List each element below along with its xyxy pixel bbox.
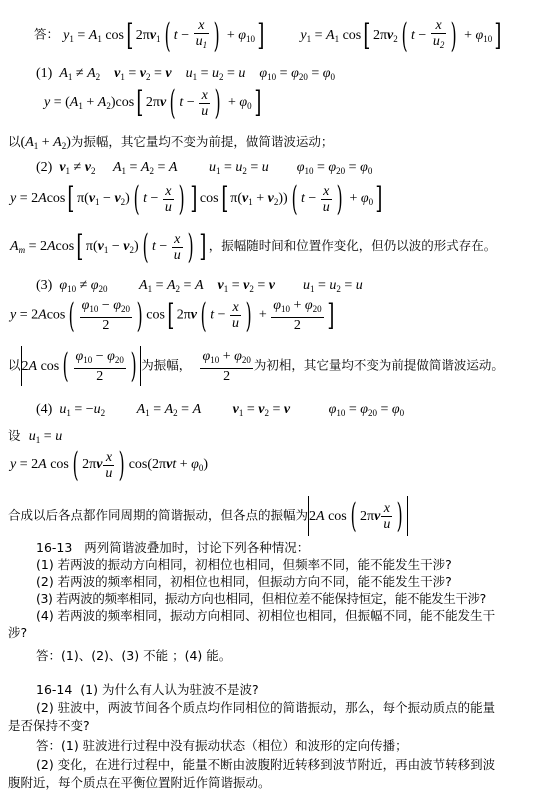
- case4-assumption: 设 u1 = u: [8, 428, 62, 448]
- case4-conditions: (4) u1 = −u2 A1 = A2 = A ν1 = ν2 = ν φ10…: [36, 402, 404, 421]
- question-16-13-title: 16-13 两列简谐波叠加时，讨论下列各种情况：: [36, 540, 309, 556]
- case2-result-equation: y = 2Acos[π(ν1 − ν2)(t − xu)]cos[π(ν1 + …: [10, 182, 385, 226]
- equation-y1-second: y1 = A1 cos[2πν2(t − xu2) + φ10]: [300, 28, 504, 43]
- equation-y1-first: y1 = A1 cos[2πν1(t − xu1) + φ10]: [63, 28, 270, 43]
- question-16-13-item-1: (1) 若两波的振动方向相同，初相位也相同，但频率不同，能不能发生干涉?: [36, 557, 452, 573]
- question-16-13-item-4-cont: 涉?: [8, 625, 27, 641]
- question-16-13-item-4: (4) 若两波的频率相同，振动方向相同、初相位也相同，但振幅不同，能不能发生干: [36, 608, 495, 624]
- case3-result-equation: y = 2Acos(φ10 − φ202)cos[2πν(t − xu) + φ…: [10, 298, 336, 342]
- case1-explanation: 以(A1 + A2)为振幅，其它量均不变为前提，做简谐波运动；: [8, 134, 333, 154]
- initial-equations: 答： y1 = A1 cos[2πν1(t − xu1) + φ10] y1 =…: [34, 18, 504, 58]
- case2-amplitude-equation: Am = 2Acos[π(ν1 − ν2)(t − xu)]，振幅随时间和位置作…: [10, 230, 496, 274]
- question-16-13-answer: 答：(1)、(2)、(3) 不能 ；(4) 能。: [36, 648, 231, 664]
- question-16-13-item-3: (3) 若两波的频率相同，振动方向也相同，但相位差不能保持恒定，能不能发生干涉?: [36, 591, 486, 607]
- question-16-14-answer-2: (2) 变化，在进行过程中，能量不断由波腹附近转移到波节附近，再由波节转移到波: [36, 757, 495, 773]
- question-16-13-item-2: (2) 若两波的频率相同，初相位也相同，但振动方向不同，能不能发生干涉?: [36, 574, 452, 590]
- case3-conditions: (3) φ10 ≠ φ20 A1 = A2 = A ν1 = ν2 = ν u1…: [36, 278, 363, 297]
- case1-conditions: (1) A1 ≠ A2 ν1 = ν2 = ν u1 = u2 = u φ10 …: [36, 66, 335, 85]
- question-16-14-answer-2-cont: 腹附近，每个质点在平衡位置附近作简谐振动。: [8, 775, 271, 791]
- case4-result-equation: y = 2A cos(2πνxu)cos(2πνt + φ0): [10, 448, 208, 492]
- question-16-14-answer-1: 答：(1) 驻波进行过程中没有振动状态（相位）和波形的定向传播；: [36, 738, 408, 754]
- question-16-14-item-2: (2) 驻波中，两波节间各个质点均作同相位的简谐振动，那么，每个振动质点的能量: [36, 700, 495, 716]
- case2-conditions: (2) ν1 ≠ ν2 A1 = A2 = A u1 = u2 = u φ10 …: [36, 160, 372, 179]
- case1-result-equation: y = (A1 + A2)cos[2πν(t − xu) + φ0]: [44, 86, 263, 130]
- question-16-14-item-2-cont: 是否保持不变?: [8, 718, 90, 734]
- case3-explanation: 以2A cos(φ10 − φ202)为振幅， φ10 + φ202为初相，其它…: [8, 346, 504, 390]
- question-16-14-title: 16-14 (1) 为什么有人认为驻波不是波?: [36, 682, 259, 698]
- answer-label: 答：: [34, 27, 59, 42]
- case4-explanation: 合成以后各点都作同周期的简谐振动，但各点的振幅为2A cos(2πνxu): [8, 496, 408, 536]
